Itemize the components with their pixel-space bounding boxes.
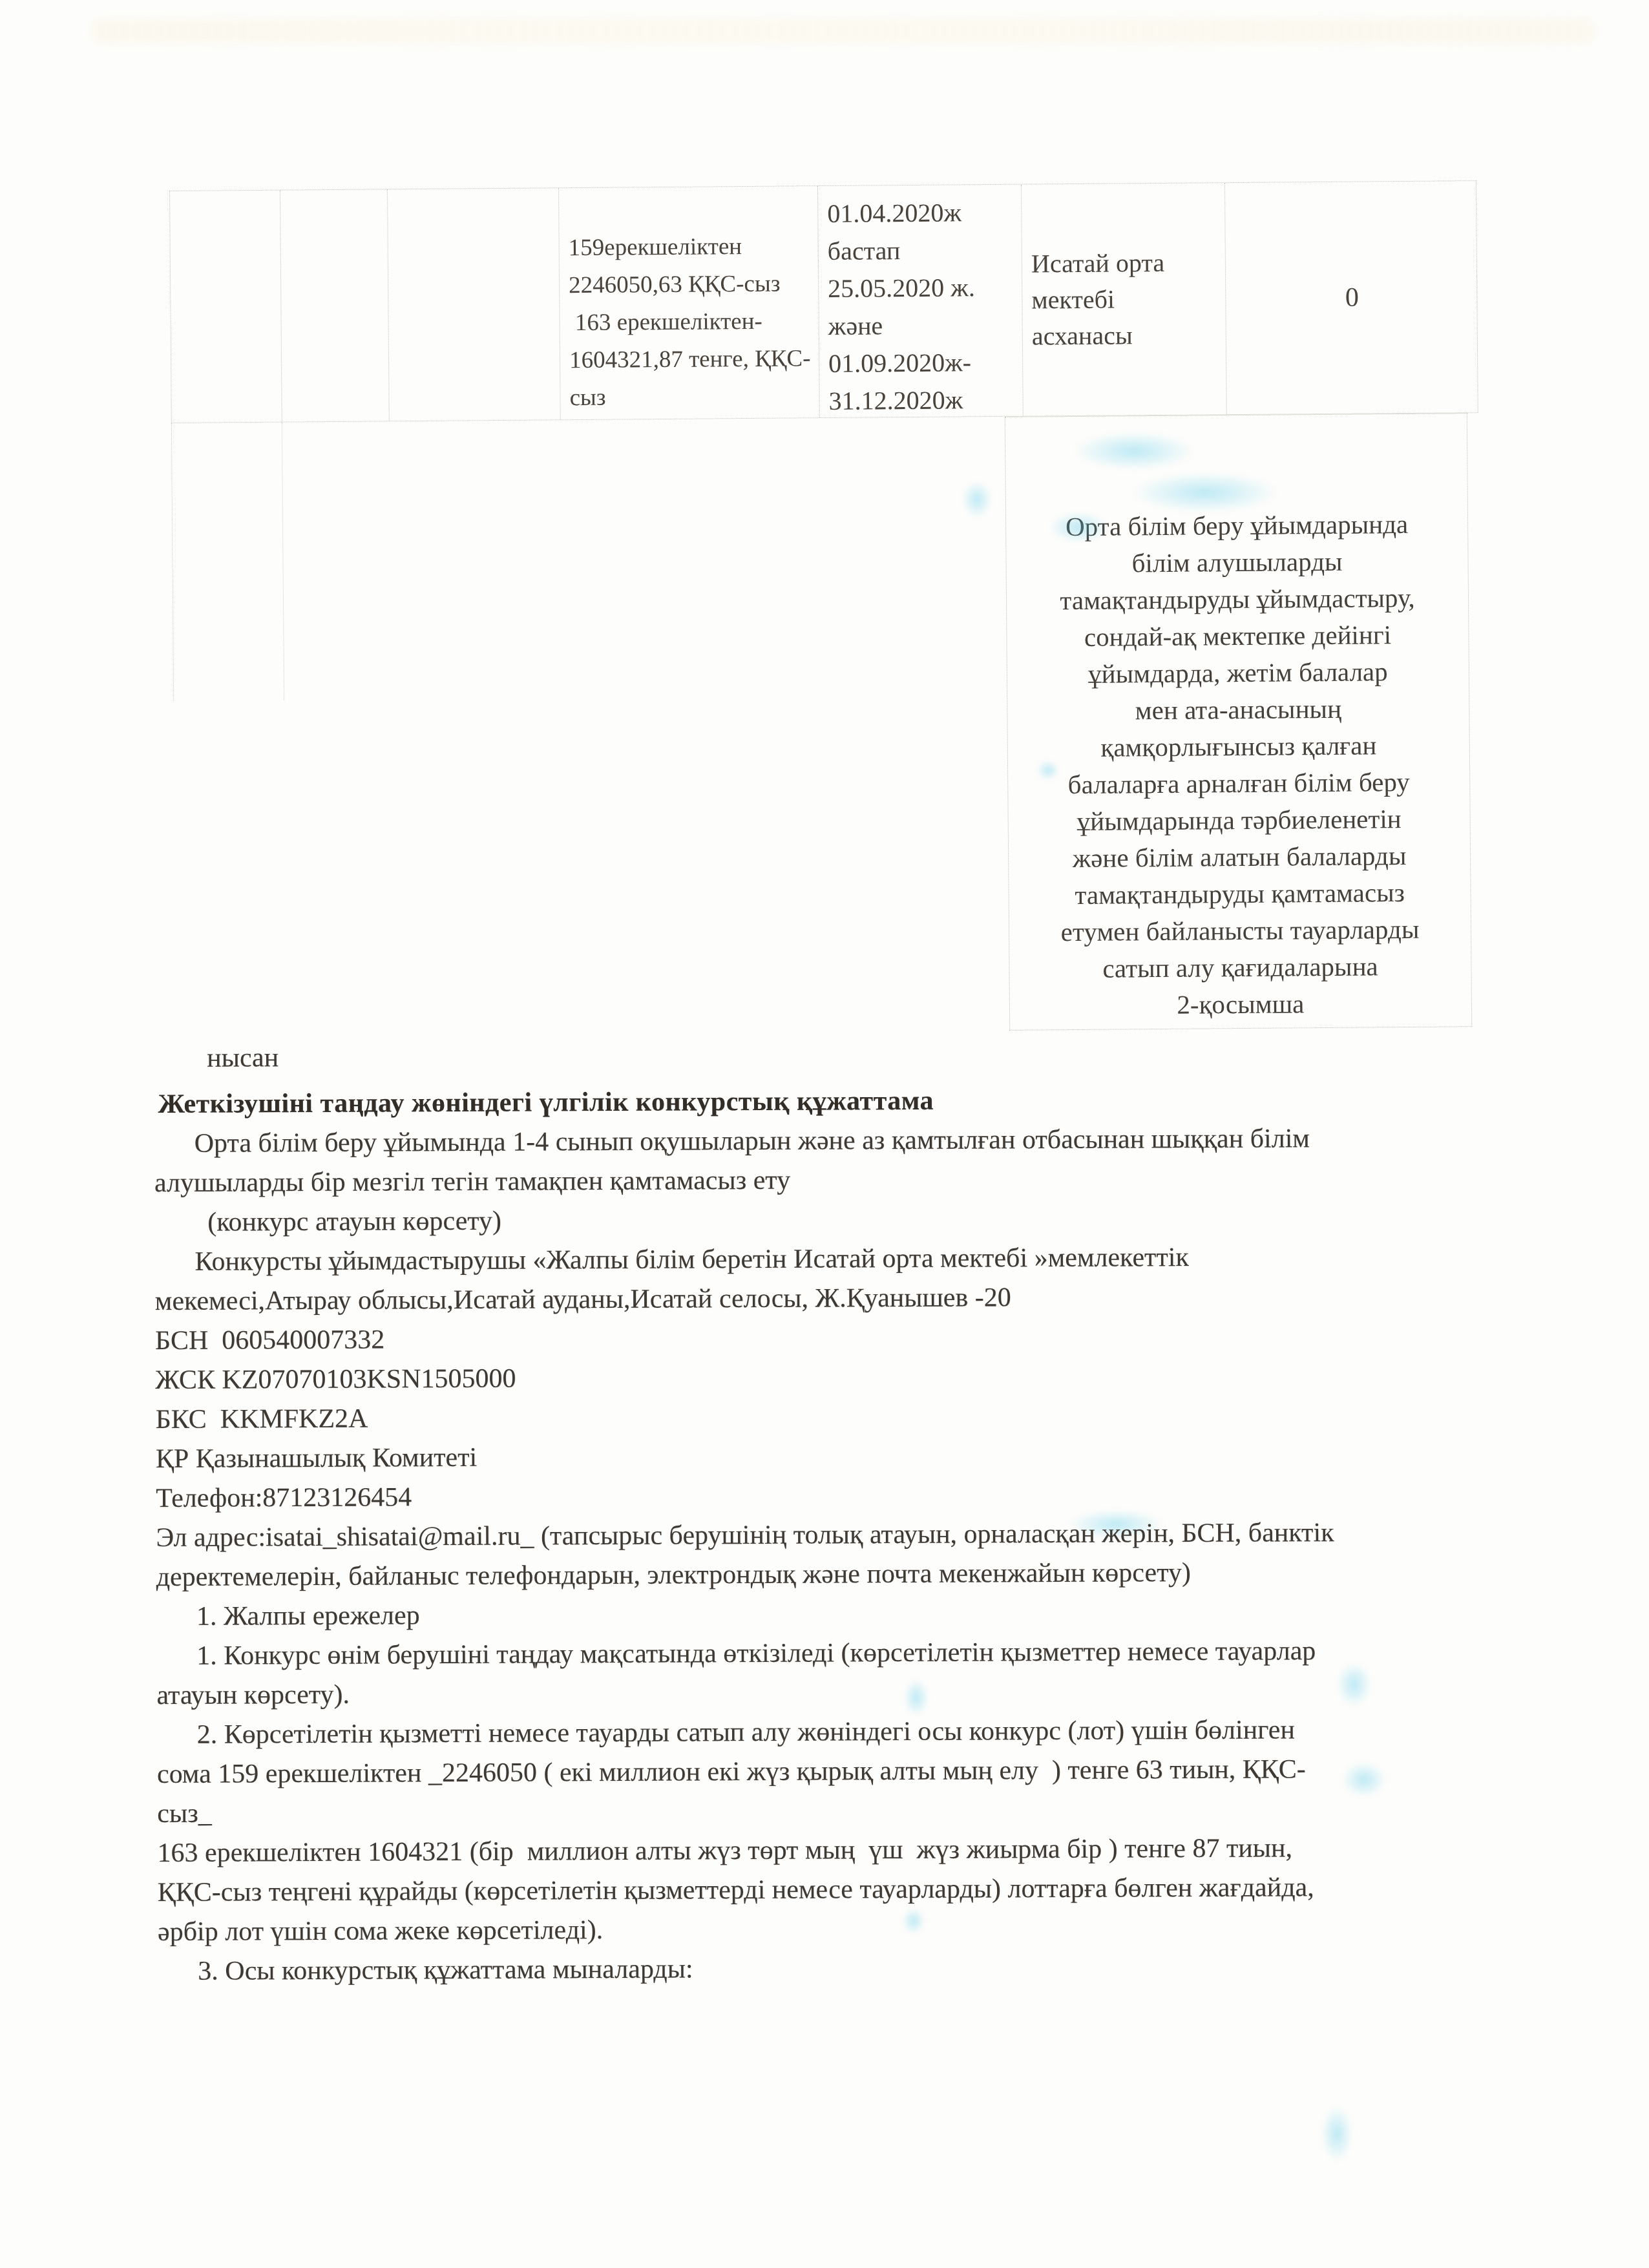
document-title: Жеткізушіні таңдау жөніндегі үлгілік кон… xyxy=(158,1079,1556,1124)
table-grid-line xyxy=(171,423,174,701)
table-cell-advance-amount: 0 xyxy=(1225,181,1479,414)
clause-2: 2. Көрсетілетін қызметті немесе тауарды … xyxy=(157,1710,1560,1834)
scanned-page: 159ерекшеліктен 2246050,63 ҚҚС-сыз 163 е… xyxy=(0,0,1649,2268)
scan-artifact xyxy=(1321,2105,1353,2162)
table-cell-empty-3 xyxy=(388,188,561,421)
annex-reference-cell: Орта білім беру ұйымдарында білім алушыл… xyxy=(1005,413,1472,1031)
treasury-line: ҚР Қазынашылық Комитеті xyxy=(156,1434,1558,1479)
table-cell-empty-1 xyxy=(170,191,282,423)
clause-2-continued: 163 ерекшеліктен 1604321 (бір миллион ал… xyxy=(157,1828,1560,1952)
lot-table: 159ерекшеліктен 2246050,63 ҚҚС-сыз 163 е… xyxy=(169,180,1478,423)
bsn-line: БСН 060540007332 xyxy=(155,1316,1557,1361)
scan-artifact xyxy=(961,481,993,518)
table-cell-delivery-period: 01.04.2020ж бастап 25.05.2020 ж. және 01… xyxy=(818,185,1024,417)
email-line: Эл адрес:isatai_shisatai@mail.ru_ (тапсы… xyxy=(156,1513,1559,1597)
clause-1: 1. Конкурс өнім берушіні таңдау мақсатын… xyxy=(156,1631,1559,1716)
zhsk-line: ЖСК KZ07070103KSN1505000 xyxy=(155,1355,1557,1400)
organizer-line: Конкурсты ұйымдастырушы «Жалпы білім бер… xyxy=(154,1237,1557,1321)
competition-subject: Орта білім беру ұйымында 1-4 сынып оқушы… xyxy=(154,1118,1557,1203)
bks-line: БКС KKMFKZ2A xyxy=(155,1394,1557,1440)
document-body: нысан Жеткізушіні таңдау жөніндегі үлгіл… xyxy=(154,1033,1560,1991)
table-cell-delivery-place: Исатай орта мектебі асханасы xyxy=(1022,183,1227,415)
form-label: нысан xyxy=(154,1033,1556,1078)
phone-line: Телефон:87123126454 xyxy=(156,1473,1558,1518)
competition-name-note: (конкурс атауын көрсету) xyxy=(154,1197,1557,1243)
table-cell-allocated-amounts: 159ерекшеліктен 2246050,63 ҚҚС-сыз 163 е… xyxy=(559,186,820,419)
clause-3: 3. Осы конкурстық құжаттама мыналарды: xyxy=(158,1946,1560,1991)
table-cell-empty-2 xyxy=(280,189,390,421)
scan-light-band xyxy=(90,18,1596,44)
table-grid-line xyxy=(282,423,284,700)
section-general: 1. Жалпы ережелер xyxy=(156,1591,1559,1637)
